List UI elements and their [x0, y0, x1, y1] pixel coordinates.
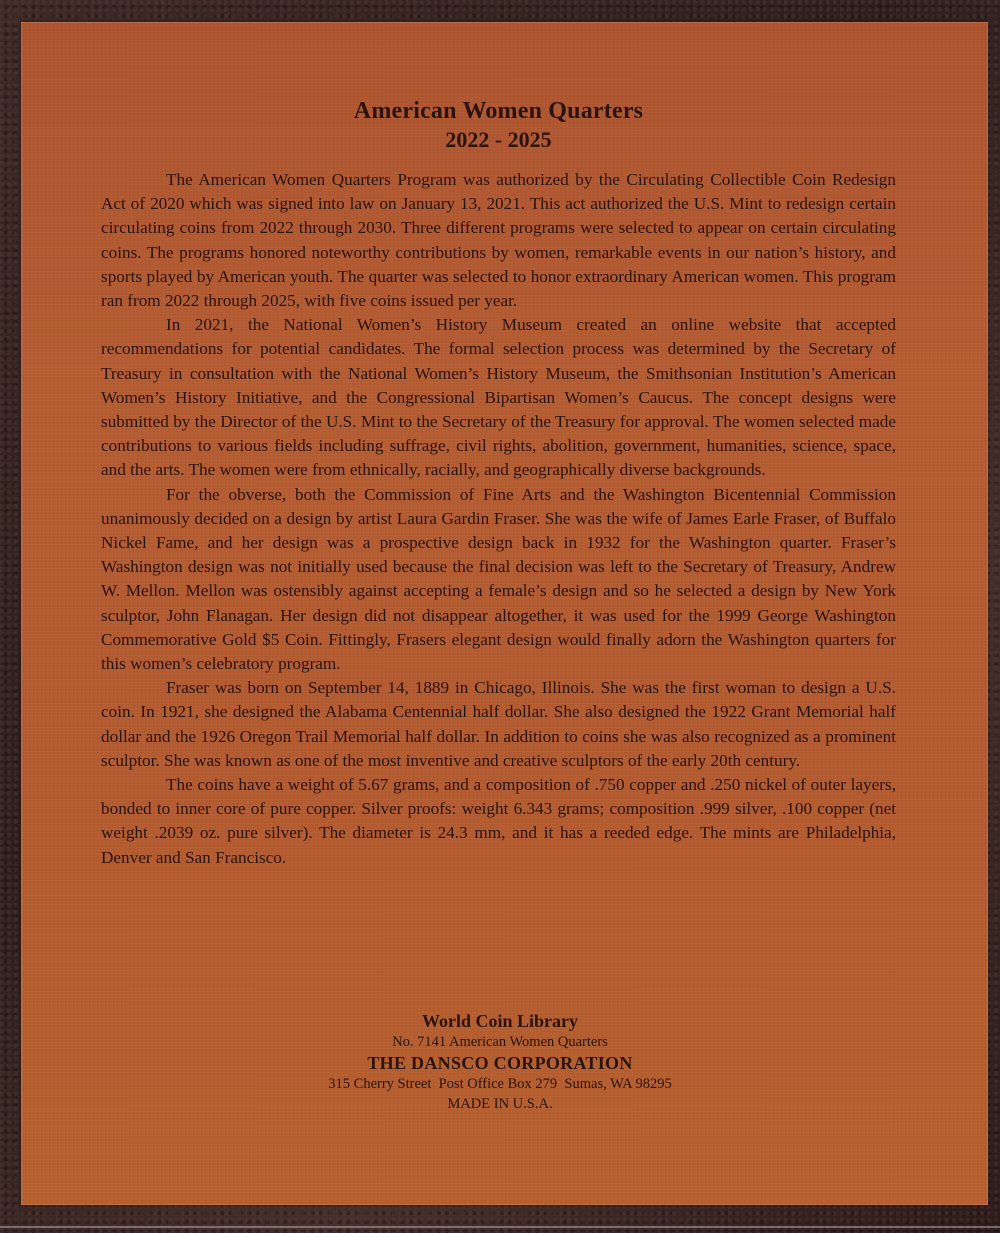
album-frame-edge — [0, 1226, 1000, 1228]
company-address: 315 Cherry Street Post Office Box 279 Su… — [0, 1074, 1000, 1094]
paragraph-coin-specifications: The coins have a weight of 5.67 grams, a… — [101, 773, 896, 870]
paragraph-program-history: The American Women Quarters Program was … — [101, 168, 896, 313]
catalog-number: No. 7141 American Women Quarters — [0, 1032, 1000, 1052]
paragraph-obverse-design: For the obverse, both the Commission of … — [101, 483, 896, 677]
page-subtitle-years: 2022 - 2025 — [101, 126, 896, 154]
paragraph-selection-process: In 2021, the National Women’s History Mu… — [101, 313, 896, 482]
document-content: American Women Quarters 2022 - 2025 The … — [101, 96, 896, 870]
series-name: World Coin Library — [0, 1010, 1000, 1032]
paragraph-fraser-biography: Fraser was born on September 14, 1889 in… — [101, 676, 896, 773]
body-text: The American Women Quarters Program was … — [101, 168, 896, 870]
company-name: THE DANSCO CORPORATION — [0, 1052, 1000, 1074]
made-in-label: MADE IN U.S.A. — [0, 1094, 1000, 1114]
page-title: American Women Quarters — [101, 96, 896, 126]
publisher-footer: World Coin Library No. 7141 American Wom… — [0, 1010, 1000, 1114]
